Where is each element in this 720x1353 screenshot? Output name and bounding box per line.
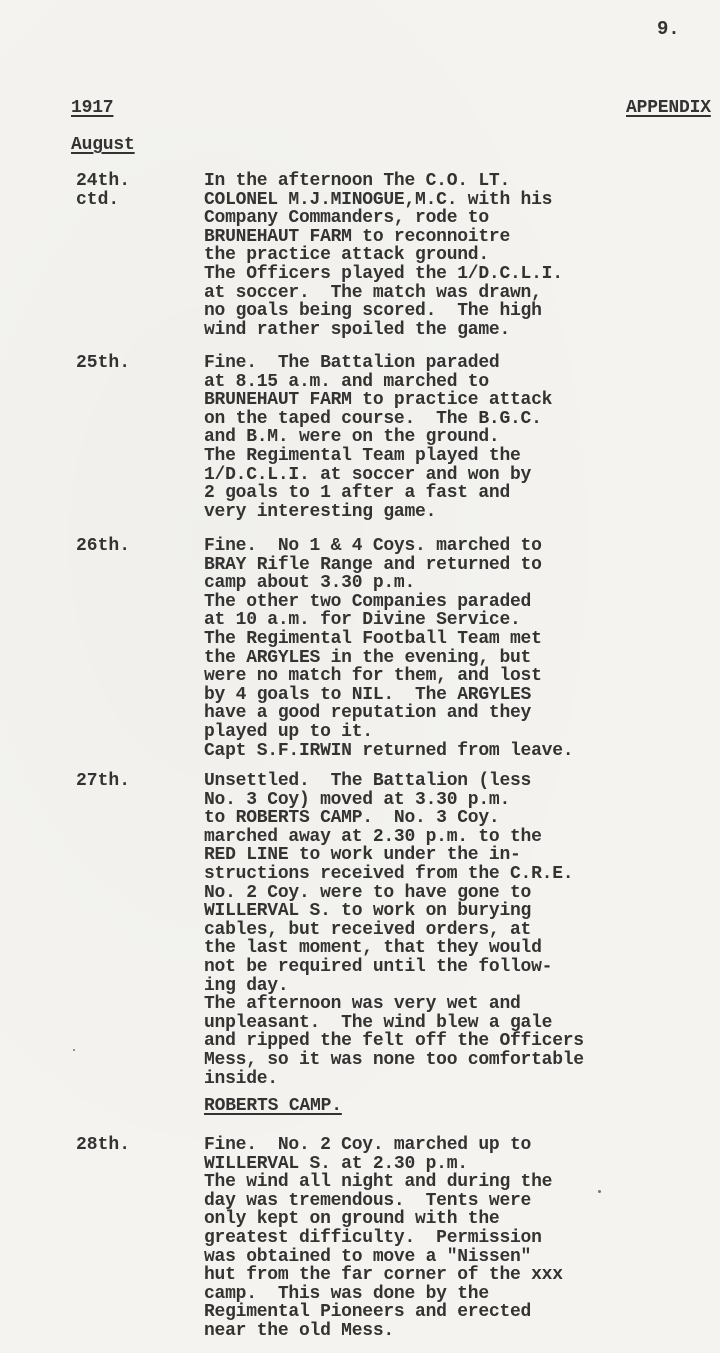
paper-speck: [598, 1190, 601, 1193]
section-heading: ROBERTS CAMP.: [204, 1097, 342, 1116]
year-heading: 1917: [71, 99, 113, 118]
entry-text: Fine. No. 2 Coy. marched up to WILLERVAL…: [204, 1136, 563, 1341]
appendix-label: APPENDIX: [626, 99, 711, 118]
month-heading: August: [71, 136, 135, 155]
entry-text: Fine. No 1 & 4 Coys. marched to BRAY Rif…: [204, 537, 573, 760]
typewritten-page: 9. 1917 APPENDIX August 24th. ctd. In th…: [0, 0, 720, 1353]
entry-text: Unsettled. The Battalion (less No. 3 Coy…: [204, 772, 584, 1088]
page-number: 9.: [657, 20, 679, 39]
entry-text: In the afternoon The C.O. LT. COLONEL M.…: [204, 172, 563, 339]
entry-date: 25th.: [76, 354, 130, 373]
entry-date: 28th.: [76, 1136, 130, 1155]
entry-date: 24th. ctd.: [76, 172, 130, 209]
paper-speck: [73, 1049, 75, 1051]
entry-date: 26th.: [76, 537, 130, 556]
entry-date: 27th.: [76, 772, 130, 791]
entry-text: Fine. The Battalion paraded at 8.15 a.m.…: [204, 354, 552, 521]
